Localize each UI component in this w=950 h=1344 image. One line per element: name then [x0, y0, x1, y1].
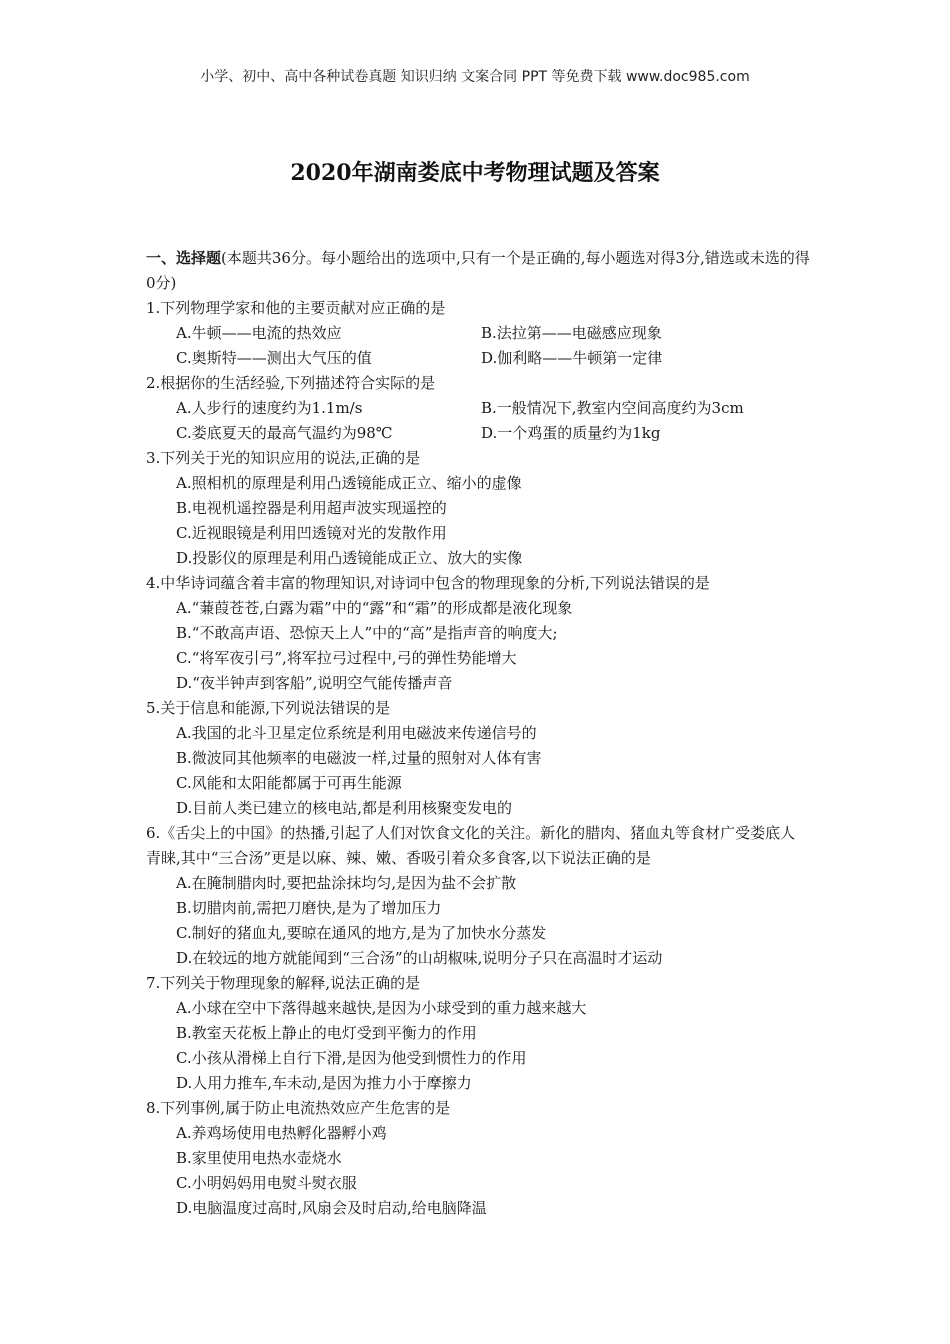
- option-b: B.一般情况下,教室内空间高度约为3cm: [481, 396, 786, 421]
- option-b: B.切腊肉前,需把刀磨快,是为了增加压力: [176, 896, 810, 921]
- option-c: C.制好的猪血丸,要晾在通风的地方,是为了加快水分蒸发: [176, 921, 810, 946]
- question-stem: 3.下列关于光的知识应用的说法,正确的是: [146, 446, 810, 471]
- question-stem: 1.下列物理学家和他的主要贡献对应正确的是: [146, 296, 810, 321]
- option-c: C.近视眼镜是利用凹透镜对光的发散作用: [176, 521, 810, 546]
- option-d: D.在较远的地方就能闻到“三合汤”的山胡椒味,说明分子只在高温时才运动: [176, 946, 810, 971]
- option-a: A.小球在空中下落得越来越快,是因为小球受到的重力越来越大: [176, 996, 810, 1021]
- option-b: B.电视机遥控器是利用超声波实现遥控的: [176, 496, 810, 521]
- page-title: 2020年湖南娄底中考物理试题及答案: [0, 156, 950, 187]
- option-a: A.我国的北斗卫星定位系统是利用电磁波来传递信号的: [176, 721, 810, 746]
- option-c: C.奥斯特——测出大气压的值: [176, 346, 481, 371]
- question-stem: 7.下列关于物理现象的解释,说法正确的是: [146, 971, 810, 996]
- option-a: A.照相机的原理是利用凸透镜能成正立、缩小的虚像: [176, 471, 810, 496]
- option-b: B.教室天花板上静止的电灯受到平衡力的作用: [176, 1021, 810, 1046]
- option-c: C.小明妈妈用电熨斗熨衣服: [176, 1171, 810, 1196]
- option-d: D.“夜半钟声到客船”,说明空气能传播声音: [176, 671, 810, 696]
- option-b: B.法拉第——电磁感应现象: [481, 321, 786, 346]
- question-7: 7.下列关于物理现象的解释,说法正确的是 A.小球在空中下落得越来越快,是因为小…: [146, 971, 810, 1096]
- option-b: B.“不敢高声语、恐惊天上人”中的“高”是指声音的响度大;: [176, 621, 810, 646]
- question-5: 5.关于信息和能源,下列说法错误的是 A.我国的北斗卫星定位系统是利用电磁波来传…: [146, 696, 810, 821]
- option-d: D.目前人类已建立的核电站,都是利用核聚变发电的: [176, 796, 810, 821]
- question-stem: 2.根据你的生活经验,下列描述符合实际的是: [146, 371, 810, 396]
- option-d: D.投影仪的原理是利用凸透镜能成正立、放大的实像: [176, 546, 810, 571]
- question-stem: 5.关于信息和能源,下列说法错误的是: [146, 696, 810, 721]
- option-d: D.人用力推车,车未动,是因为推力小于摩擦力: [176, 1071, 810, 1096]
- section-description: (本题共36分。每小题给出的选项中,只有一个是正确的,每小题选对得3分,错选或未…: [146, 249, 810, 292]
- question-6: 6.《舌尖上的中国》的热播,引起了人们对饮食文化的关注。新化的腊肉、猪血丸等食材…: [146, 821, 810, 971]
- option-c: C.风能和太阳能都属于可再生能源: [176, 771, 810, 796]
- option-a: A.牛顿——电流的热效应: [176, 321, 481, 346]
- section-heading: 一、选择题(本题共36分。每小题给出的选项中,只有一个是正确的,每小题选对得3分…: [146, 246, 810, 296]
- question-1: 1.下列物理学家和他的主要贡献对应正确的是 A.牛顿——电流的热效应B.法拉第—…: [146, 296, 810, 371]
- option-d: D.一个鸡蛋的质量约为1kg: [481, 421, 786, 446]
- document-body: 一、选择题(本题共36分。每小题给出的选项中,只有一个是正确的,每小题选对得3分…: [146, 246, 810, 1221]
- option-d: D.伽利略——牛顿第一定律: [481, 346, 786, 371]
- question-8: 8.下列事例,属于防止电流热效应产生危害的是 A.养鸡场使用电热孵化器孵小鸡 B…: [146, 1096, 810, 1221]
- option-d: D.电脑温度过高时,风扇会及时启动,给电脑降温: [176, 1196, 810, 1221]
- question-stem: 6.《舌尖上的中国》的热播,引起了人们对饮食文化的关注。新化的腊肉、猪血丸等食材…: [146, 821, 810, 871]
- question-stem: 4.中华诗词蕴含着丰富的物理知识,对诗词中包含的物理现象的分析,下列说法错误的是: [146, 571, 810, 596]
- option-c: C.“将军夜引弓”,将军拉弓过程中,弓的弹性势能增大: [176, 646, 810, 671]
- page-header-banner: 小学、初中、高中各种试卷真题 知识归纳 文案合同 PPT 等免费下载 www.d…: [0, 66, 950, 86]
- option-c: C.娄底夏天的最高气温约为98℃: [176, 421, 481, 446]
- question-3: 3.下列关于光的知识应用的说法,正确的是 A.照相机的原理是利用凸透镜能成正立、…: [146, 446, 810, 571]
- section-label: 一、选择题: [146, 249, 221, 267]
- option-a: A.在腌制腊肉时,要把盐涂抹均匀,是因为盐不会扩散: [176, 871, 810, 896]
- option-c: C.小孩从滑梯上自行下滑,是因为他受到惯性力的作用: [176, 1046, 810, 1071]
- option-b: B.家里使用电热水壶烧水: [176, 1146, 810, 1171]
- option-a: A.“蒹葭苍苍,白露为霜”中的“露”和“霜”的形成都是液化现象: [176, 596, 810, 621]
- option-a: A.人步行的速度约为1.1m/s: [176, 396, 481, 421]
- question-2: 2.根据你的生活经验,下列描述符合实际的是 A.人步行的速度约为1.1m/sB.…: [146, 371, 810, 446]
- question-4: 4.中华诗词蕴含着丰富的物理知识,对诗词中包含的物理现象的分析,下列说法错误的是…: [146, 571, 810, 696]
- option-a: A.养鸡场使用电热孵化器孵小鸡: [176, 1121, 810, 1146]
- option-b: B.微波同其他频率的电磁波一样,过量的照射对人体有害: [176, 746, 810, 771]
- question-stem: 8.下列事例,属于防止电流热效应产生危害的是: [146, 1096, 810, 1121]
